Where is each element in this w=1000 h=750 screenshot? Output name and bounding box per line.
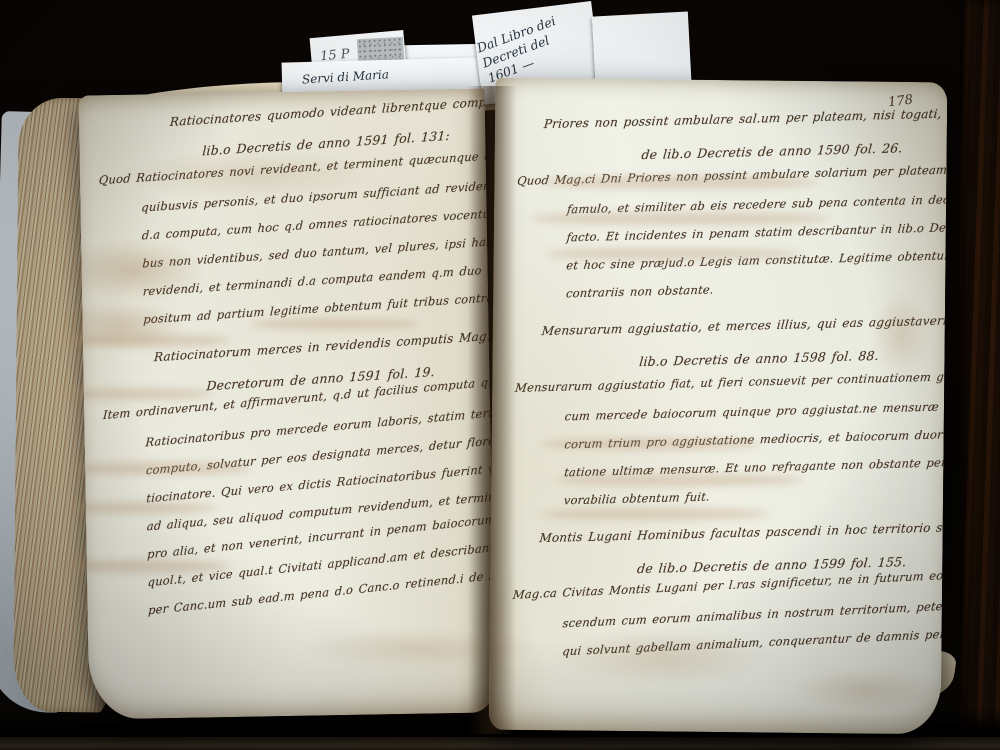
table-wood-edge [960, 0, 1000, 750]
table-front-edge [0, 737, 1000, 750]
left-manuscript-page: Ratiocinatores quomodo videant librentqu… [79, 89, 496, 720]
tab-servi-label: Servi di Maria [302, 67, 390, 86]
manuscript-photo: 15 P Servi di Maria Dal Libro dei Decret… [0, 0, 1000, 750]
card-dal-libro-text: Dal Libro dei Decreti del 1601 — [475, 13, 569, 86]
right-page-text: Priores non possint ambulare sal.um per … [507, 108, 943, 677]
right-manuscript-page: 178 Priores non possint ambulare sal.um … [489, 78, 948, 735]
left-page-text: Ratiocinatores quomodo videant librentqu… [93, 111, 494, 634]
manuscript-line: Mensurarum aggiustatio, et merces illius… [540, 315, 943, 354]
